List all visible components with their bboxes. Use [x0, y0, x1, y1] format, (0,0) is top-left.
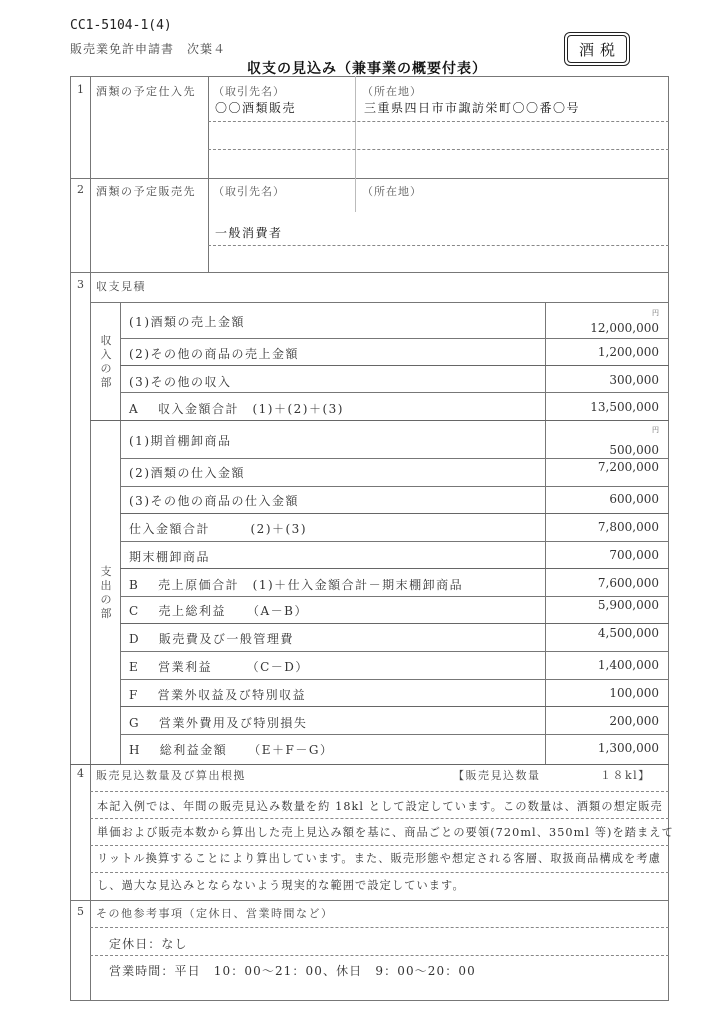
row-divider: [120, 623, 669, 624]
supplier-name-header: （取引先名）: [213, 83, 285, 99]
customer-name-header: （取引先名）: [213, 183, 285, 199]
row-divider: [120, 679, 669, 680]
expense-row-label: D 販売費及び一般管理費: [129, 630, 294, 647]
row-divider: [120, 392, 669, 393]
row-divider: [208, 121, 669, 122]
income-total-amount[interactable]: 13,500,000: [549, 400, 659, 414]
customer-name-field-2[interactable]: [215, 251, 655, 269]
name-address-divider: [355, 76, 356, 178]
section-number: 4: [77, 767, 84, 780]
expense-amount[interactable]: 4,500,000: [549, 626, 659, 640]
expense-amount[interactable]: 1,300,000: [549, 741, 659, 755]
expense-row-label: B 売上原価合計 (1)＋仕入金額合計－期末棚卸商品: [129, 576, 463, 593]
closed-days-field[interactable]: 定休日：なし: [109, 935, 188, 952]
form-code: CC1-5104-1(4): [70, 18, 172, 33]
customer-address-header: （所在地）: [362, 183, 422, 199]
expense-row-label: (1)期首棚卸商品: [129, 432, 232, 449]
row-divider: [90, 872, 669, 873]
expense-amount[interactable]: 500,000: [549, 443, 659, 457]
row-divider: [120, 651, 669, 652]
section-number: 1: [77, 83, 84, 96]
row-divider: [208, 245, 669, 246]
row-divider: [120, 365, 669, 366]
supplier-name-field-2[interactable]: [215, 128, 350, 148]
section-header-divider: [90, 302, 669, 303]
expense-amount[interactable]: 7,600,000: [549, 576, 659, 590]
section-label: 酒類の予定販売先: [96, 183, 196, 199]
row-divider: [120, 568, 669, 569]
expense-row-label: F 営業外収益及び特別収益: [129, 686, 306, 703]
income-amount[interactable]: 300,000: [549, 373, 659, 387]
row-divider: [120, 541, 669, 542]
supplier-address-header: （所在地）: [362, 83, 422, 99]
yen-unit: 円: [549, 425, 659, 435]
group-divider: [90, 420, 669, 421]
basis-line-2[interactable]: 単価および販売本数から算出した売上見込み額を基に、商品ごとの要領(720ml、3…: [97, 824, 674, 840]
sales-volume-label: 【販売見込数量: [453, 767, 541, 783]
basis-line-4[interactable]: し、過大な見込みとならないよう現実的な範囲で設定しています。: [97, 877, 465, 893]
section-number: 2: [77, 183, 84, 196]
income-row-label: (2)その他の商品の売上金額: [129, 345, 299, 362]
sales-volume-value[interactable]: １８kl】: [600, 767, 651, 783]
row-divider: [90, 791, 669, 792]
supplier-address-field-2[interactable]: [364, 128, 664, 148]
group-column-divider: [120, 302, 121, 764]
section-label: その他参考事項（定休日、営業時間など）: [96, 905, 334, 921]
form-subtitle: 販売業免許申請書 次葉４: [70, 40, 226, 57]
expense-group-label: 支出の部: [99, 565, 113, 621]
expense-amount[interactable]: 100,000: [549, 686, 659, 700]
row-divider: [120, 458, 669, 459]
supplier-address-field[interactable]: 三重県四日市市諏訪栄町〇〇番〇号: [364, 99, 580, 116]
supplier-name-field-3[interactable]: [215, 155, 350, 175]
expense-amount[interactable]: 7,800,000: [549, 520, 659, 534]
section-label: 酒類の予定仕入先: [96, 83, 196, 99]
expense-row-label: H 総利益金額 （E＋F－G）: [129, 741, 333, 758]
section-divider: [70, 178, 669, 179]
section-divider: [70, 900, 669, 901]
expense-amount[interactable]: 200,000: [549, 714, 659, 728]
supplier-address-field-3[interactable]: [364, 155, 664, 175]
supplier-name-field[interactable]: 〇〇酒類販売: [215, 99, 296, 116]
income-group-label: 収入の部: [99, 334, 113, 390]
expense-row-label: 仕入金額合計 (2)＋(3): [129, 520, 307, 537]
tax-badge: 酒税: [564, 32, 630, 66]
business-hours-field[interactable]: 営業時間：平日 10：00～21：00、休日 9：00～20：00: [109, 962, 476, 979]
row-divider: [90, 845, 669, 846]
label-column-divider: [208, 76, 209, 272]
expense-row-label: 期末棚卸商品: [129, 548, 210, 565]
row-divider: [90, 955, 669, 956]
basis-line-3[interactable]: リットル換算することにより算出しています。また、販売形態や想定される客層、取扱商…: [97, 850, 661, 866]
income-row-label: (1)酒類の売上金額: [129, 313, 245, 330]
expense-row-label: (3)その他の商品の仕入金額: [129, 492, 299, 509]
expense-row-label: (2)酒類の仕入金額: [129, 464, 245, 481]
income-total-label: A 収入金額合計 (1)＋(2)＋(3): [129, 400, 344, 417]
basis-line-1[interactable]: 本記入例では、年間の販売見込み数量を約 18kl として設定しています。この数量…: [97, 798, 663, 814]
name-address-divider: [355, 178, 356, 212]
tax-badge-label: 酒税: [567, 35, 627, 63]
yen-unit: 円: [549, 308, 659, 318]
expense-amount[interactable]: 1,400,000: [549, 658, 659, 672]
income-amount[interactable]: 1,200,000: [549, 345, 659, 359]
income-amount[interactable]: 12,000,000: [549, 321, 659, 335]
expense-row-label: C 売上総利益 （A－B）: [129, 602, 308, 619]
amount-column-divider: [545, 302, 546, 764]
row-divider: [120, 596, 669, 597]
row-divider: [120, 706, 669, 707]
expense-amount[interactable]: 600,000: [549, 492, 659, 506]
row-divider: [90, 927, 669, 928]
section-divider: [70, 764, 669, 765]
row-divider: [208, 149, 669, 150]
section-label: 販売見込数量及び算出根拠: [96, 767, 246, 783]
section-number: 3: [77, 278, 84, 291]
customer-name-field[interactable]: 一般消費者: [215, 224, 283, 241]
section-number: 5: [77, 905, 84, 918]
section-label: 収支見積: [96, 278, 146, 294]
income-row-label: (3)その他の収入: [129, 373, 232, 390]
expense-row-label: G 営業外費用及び特別損失: [129, 714, 307, 731]
row-divider: [120, 486, 669, 487]
expense-amount[interactable]: 700,000: [549, 548, 659, 562]
row-divider: [90, 818, 669, 819]
expense-row-label: E 営業利益 （C－D）: [129, 658, 309, 675]
row-divider: [120, 338, 669, 339]
expense-amount[interactable]: 5,900,000: [549, 598, 659, 612]
expense-amount[interactable]: 7,200,000: [549, 460, 659, 474]
section-divider: [70, 272, 669, 273]
row-divider: [120, 734, 669, 735]
row-divider: [120, 513, 669, 514]
number-column-divider: [90, 76, 91, 1001]
